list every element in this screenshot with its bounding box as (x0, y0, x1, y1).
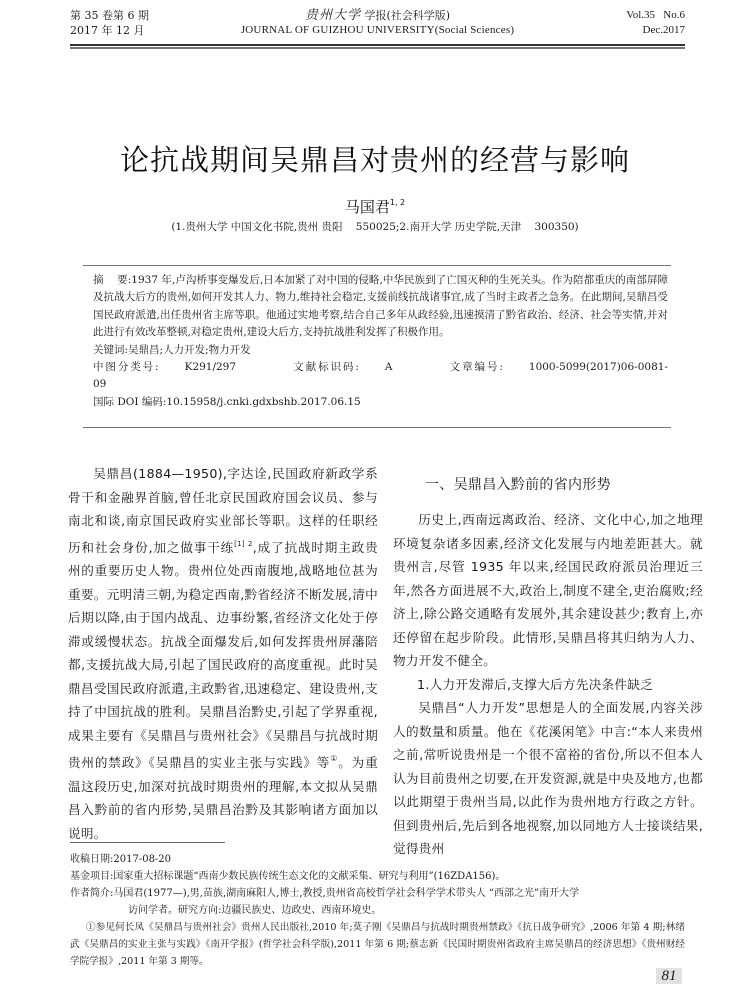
doi-label: 国际 DOI 编码: (93, 396, 166, 408)
keywords-label: 关键词: (93, 344, 128, 356)
footnote-1: ①参见何长凤《吴鼎昌与贵州社会》贵州人民出版社,2010 年;莫子刚《吴鼎昌与抗… (70, 919, 685, 970)
author-bio-continued: 访问学者。研究方向:边疆民族史、边政史、西南环境史。 (70, 902, 685, 919)
section-paragraph: 历史上,西南远离政治、经济、文化中心,加之地理环境复杂诸多因素,经济文化发展与内… (393, 508, 703, 673)
header-issue-info-en: Vol.35 No.6 Dec.2017 (626, 8, 685, 38)
intro-paragraph: 吴鼎昌(1884—1950),字达诠,民国政府新政学系骨干和金融界首脑,曾任北京… (68, 462, 378, 845)
keywords-text: 吴鼎昌;人力开发;物力开发 (128, 344, 251, 356)
fund-project: 基金项目:国家重大招标课题“西南少数民族传统生态文化的文献采集、研究与利用”(1… (70, 868, 685, 885)
clc-number: 中图分类号:K291/297 (93, 361, 262, 373)
date-en: Dec.2017 (626, 23, 685, 38)
abstract: 摘 要:1937 年,卢沟桥事变爆发后,日本加紧了对中国的侵略,中华民族到了亡国… (93, 272, 668, 342)
abstract-top-rule (83, 265, 671, 266)
abstract-label: 摘 要: (93, 274, 131, 286)
footnotes: 收稿日期:2017-08-20 基金项目:国家重大招标课题“西南少数民族传统生态… (70, 851, 685, 970)
abstract-block: 摘 要:1937 年,卢沟桥事变爆发后,日本加紧了对中国的侵略,中华民族到了亡国… (93, 272, 668, 411)
header-rule-thick (70, 44, 685, 46)
journal-name-cn: 学报(社会科学版) (361, 9, 450, 22)
author-affiliation: (1.贵州大学 中国文化书院,贵州 贵阳 550025;2.南开大学 历史学院,… (0, 219, 750, 234)
classification-row: 中图分类号:K291/297 文献标识码:A 文章编号:1000-5099(20… (93, 359, 668, 394)
author-affiliation-marks: 1, 2 (390, 198, 405, 207)
journal-logo: 贵州大学 (305, 8, 361, 23)
doi-value: 10.15958/j.cnki.gdxbshb.2017.06.15 (166, 396, 360, 408)
body-column-left: 吴鼎昌(1884—1950),字达诠,民国政府新政学系骨干和金融界首脑,曾任北京… (68, 462, 378, 845)
journal-masthead: 贵州大学 学报(社会科学版) JOURNAL OF GUIZHOU UNIVER… (70, 8, 685, 38)
page-number: 81 (656, 968, 682, 984)
citation-ref[interactable]: [1] 2 (234, 540, 253, 548)
document-code: 文献标识码:A (293, 361, 418, 373)
journal-name-en: JOURNAL OF GUIZHOU UNIVERSITY(Social Sci… (70, 23, 685, 38)
abstract-text: 1937 年,卢沟桥事变爆发后,日本加紧了对中国的侵略,中华民族到了亡国灭种的生… (93, 274, 668, 338)
keywords: 关键词:吴鼎昌;人力开发;物力开发 (93, 342, 668, 359)
received-date: 收稿日期:2017-08-20 (70, 851, 685, 868)
author-line: 马国君1, 2 (0, 196, 750, 217)
article-title: 论抗战期间吴鼎昌对贵州的经营与影响 (0, 138, 750, 179)
subsection-heading: 1.人力开发滞后,支撑大后方先决条件缺乏 (393, 673, 703, 697)
abstract-bottom-rule (83, 427, 671, 428)
author-bio: 作者简介:马国君(1977—),男,苗族,湖南麻阳人,博士,教授,贵州省高校哲学… (70, 885, 685, 902)
body-column-right: 一、吴鼎昌入黔前的省内形势 历史上,西南远离政治、经济、文化中心,加之地理环境复… (393, 462, 703, 861)
subsection-paragraph: 吴鼎昌“人力开发”思想是人的全面发展,内容关涉人的数量和质量。他在《花溪闲笔》中… (393, 696, 703, 861)
running-header: 第 35 卷第 6 期 2017 年 12 月 贵州大学 学报(社会科学版) J… (70, 8, 685, 44)
doi: 国际 DOI 编码:10.15958/j.cnki.gdxbshb.2017.0… (93, 394, 668, 411)
header-rule-thin (70, 47, 685, 49)
author-name: 马国君 (345, 198, 390, 216)
volume-issue-en: Vol.35 No.6 (626, 8, 685, 23)
footnote-separator (70, 842, 225, 843)
section-heading: 一、吴鼎昌入黔前的省内形势 (393, 472, 703, 498)
